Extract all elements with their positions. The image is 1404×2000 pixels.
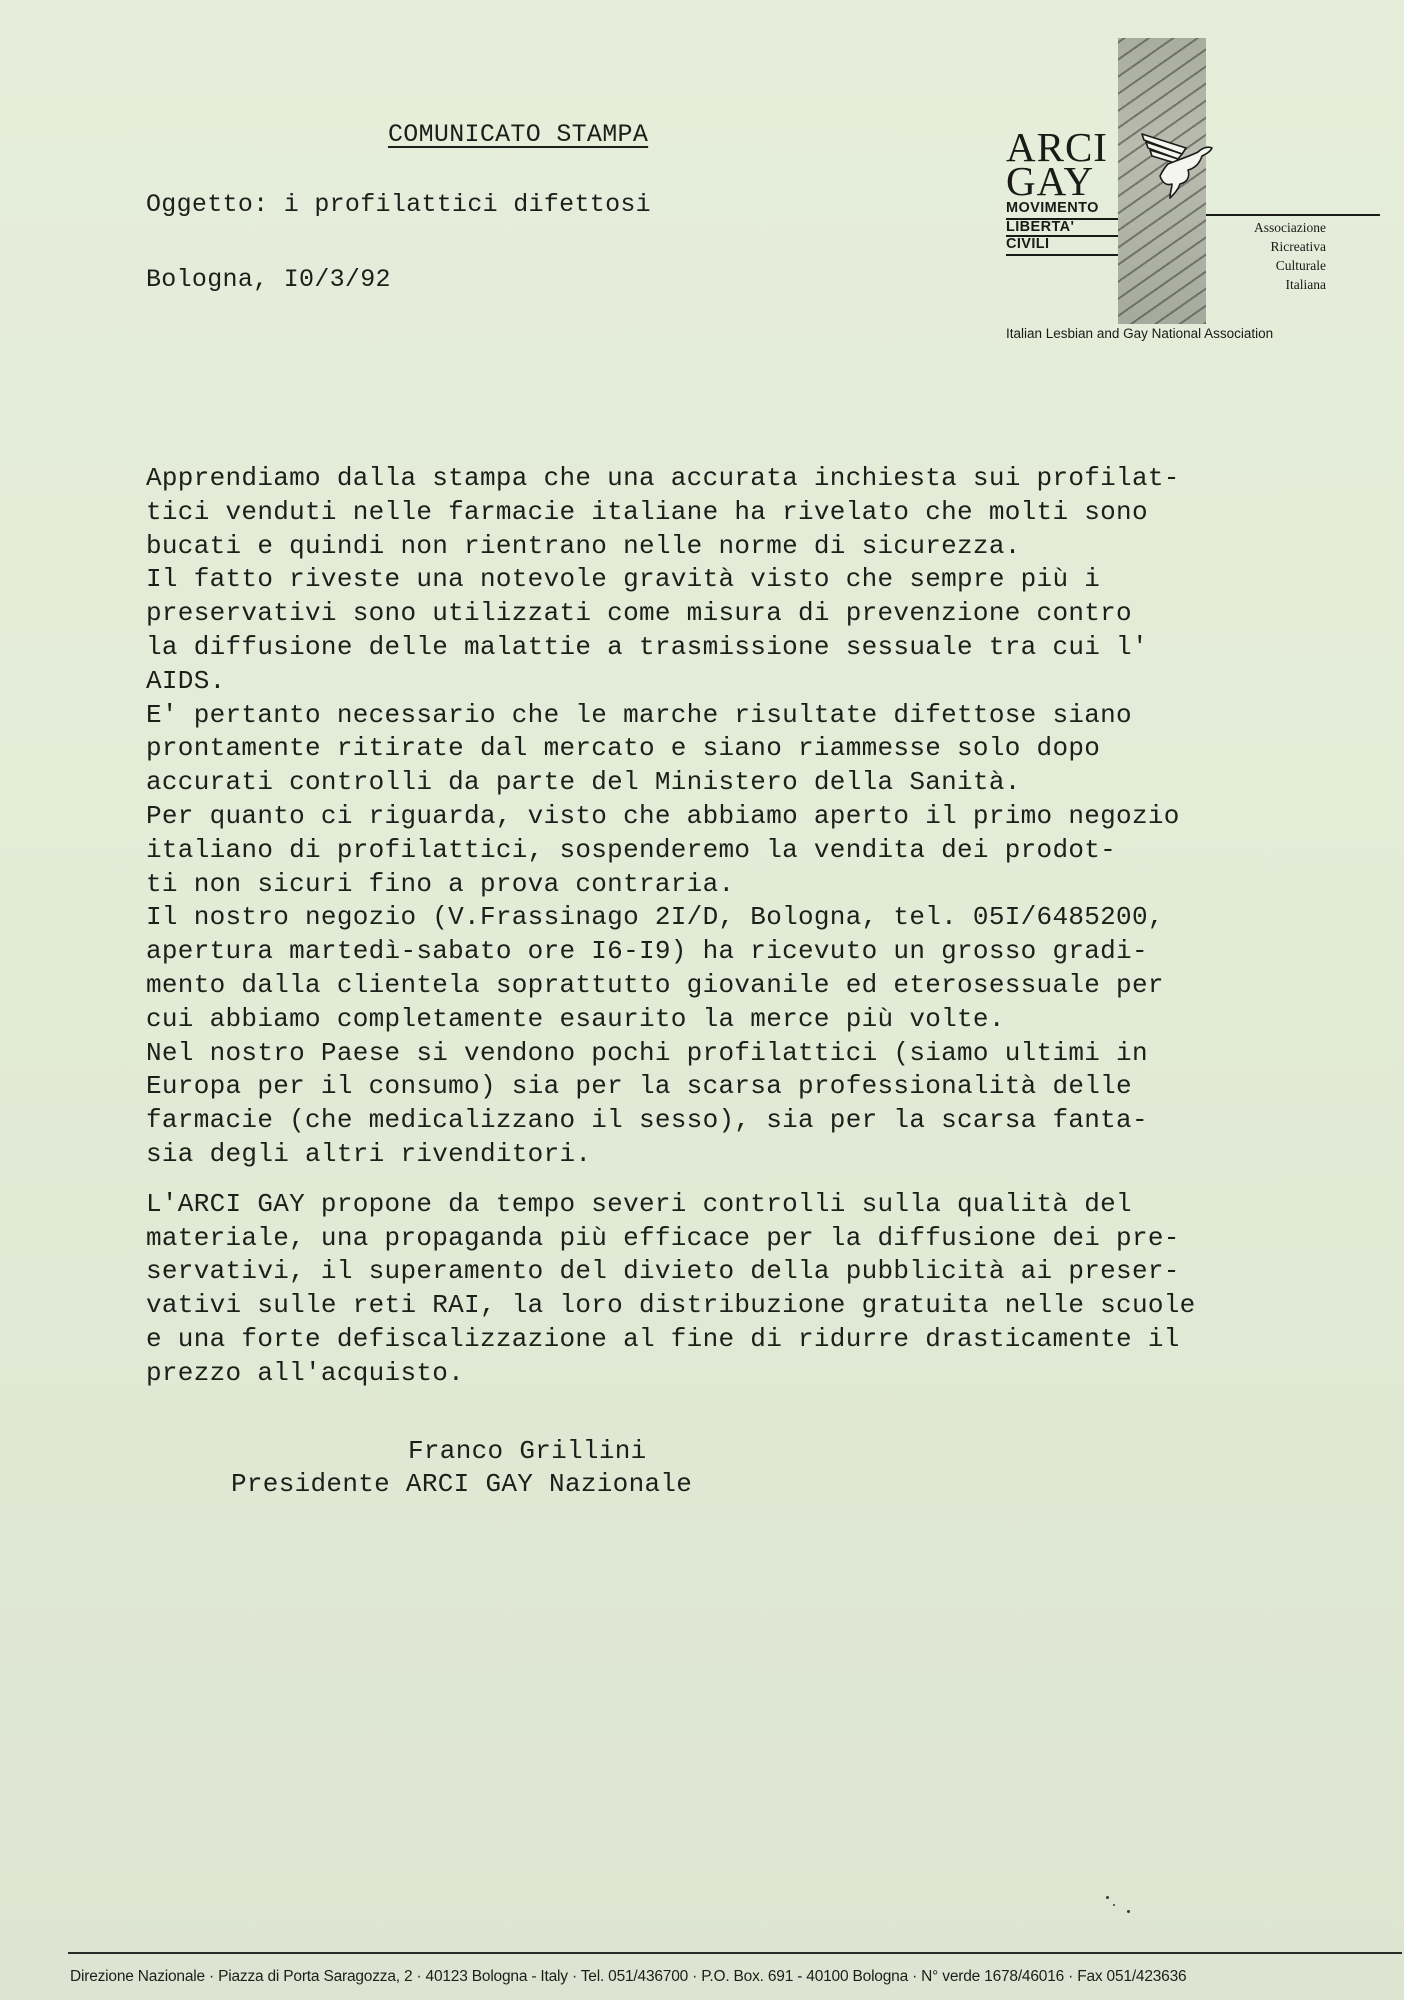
logo-tagline: Italian Lesbian and Gay National Associa…: [1006, 326, 1273, 341]
body-line: tici venduti nelle farmacie italiane ha …: [146, 496, 1296, 530]
logo-rule: [1206, 214, 1380, 216]
pegasus-icon: [1138, 130, 1218, 200]
association-line: Ricreativa: [1220, 237, 1326, 256]
body-line: bucati e quindi non rientrano nelle norm…: [146, 530, 1296, 564]
body-line: preservativi sono utilizzati come misura…: [146, 597, 1296, 631]
body-line: ti non sicuri fino a prova contraria.: [146, 868, 1296, 902]
body-line: materiale, una propaganda più efficace p…: [146, 1222, 1296, 1256]
body-line: prezzo all'acquisto.: [146, 1357, 1296, 1391]
letterhead-logo: ARCI GAY MOVIMENTO LIBERTA' CIVILI Assoc…: [1000, 30, 1400, 350]
body-line: e una forte defiscalizzazione al fine di…: [146, 1323, 1296, 1357]
body-line: prontamente ritirate dal mercato e siano…: [146, 732, 1296, 766]
body-line: la diffusione delle malattie a trasmissi…: [146, 631, 1296, 665]
footer-rule: [68, 1952, 1402, 1954]
document-subject: Oggetto: i profilattici difettosi: [146, 190, 651, 219]
body-line: E' pertanto necessario che le marche ris…: [146, 699, 1296, 733]
logo-movement-line3: CIVILI: [1006, 236, 1050, 252]
place-and-date: Bologna, I0/3/92: [146, 265, 391, 294]
logo-movement-line2: LIBERTA': [1006, 219, 1074, 235]
paper-speck: [1113, 1904, 1115, 1906]
association-line: Italiana: [1220, 275, 1326, 294]
signatory-role: Presidente ARCI GAY Nazionale: [146, 1468, 692, 1501]
body-line: L'ARCI GAY propone da tempo severi contr…: [146, 1188, 1296, 1222]
logo-wordmark-line2: GAY: [1006, 164, 1108, 198]
body-paragraph: Apprendiamo dalla stampa che una accurat…: [146, 462, 1296, 1172]
logo-association-text: Associazione Ricreativa Culturale Italia…: [1220, 218, 1326, 294]
body-line: Apprendiamo dalla stampa che una accurat…: [146, 462, 1296, 496]
logo-wordmark: ARCI GAY: [1006, 130, 1108, 198]
press-release-body: Apprendiamo dalla stampa che una accurat…: [146, 462, 1296, 1391]
document-page: ARCI GAY MOVIMENTO LIBERTA' CIVILI Assoc…: [0, 0, 1404, 2000]
body-line: italiano di profilattici, sospenderemo l…: [146, 834, 1296, 868]
body-line: Europa per il consumo) sia per la scarsa…: [146, 1070, 1296, 1104]
association-line: Associazione: [1220, 218, 1326, 237]
body-line: AIDS.: [146, 665, 1296, 699]
body-paragraph: L'ARCI GAY propone da tempo severi contr…: [146, 1188, 1296, 1391]
document-title: COMUNICATO STAMPA: [388, 120, 648, 149]
body-line: Per quanto ci riguarda, visto che abbiam…: [146, 800, 1296, 834]
signatory-name: Franco Grillini: [146, 1435, 692, 1468]
body-line: mento dalla clientela soprattutto giovan…: [146, 969, 1296, 1003]
footer-contact-info: Direzione Nazionale · Piazza di Porta Sa…: [70, 1968, 1186, 1986]
body-line: Il nostro negozio (V.Frassinago 2I/D, Bo…: [146, 901, 1296, 935]
paragraph-gap: [146, 1172, 1296, 1188]
association-line: Culturale: [1220, 256, 1326, 275]
logo-movement-line1: MOVIMENTO: [1006, 200, 1099, 216]
body-line: servativi, il superamento del divieto de…: [146, 1255, 1296, 1289]
body-line: sia degli altri rivenditori.: [146, 1138, 1296, 1172]
body-line: accurati controlli da parte del Minister…: [146, 766, 1296, 800]
logo-rule: [1006, 254, 1118, 256]
paper-speck: [1106, 1896, 1109, 1899]
signature-block: Franco Grillini Presidente ARCI GAY Nazi…: [146, 1435, 692, 1501]
body-line: vativi sulle reti RAI, la loro distribuz…: [146, 1289, 1296, 1323]
body-line: farmacie (che medicalizzano il sesso), s…: [146, 1104, 1296, 1138]
body-line: apertura martedì-sabato ore I6-I9) ha ri…: [146, 935, 1296, 969]
body-line: Il fatto riveste una notevole gravità vi…: [146, 563, 1296, 597]
paper-speck: [1127, 1910, 1130, 1913]
body-line: Nel nostro Paese si vendono pochi profil…: [146, 1037, 1296, 1071]
body-line: cui abbiamo completamente esaurito la me…: [146, 1003, 1296, 1037]
